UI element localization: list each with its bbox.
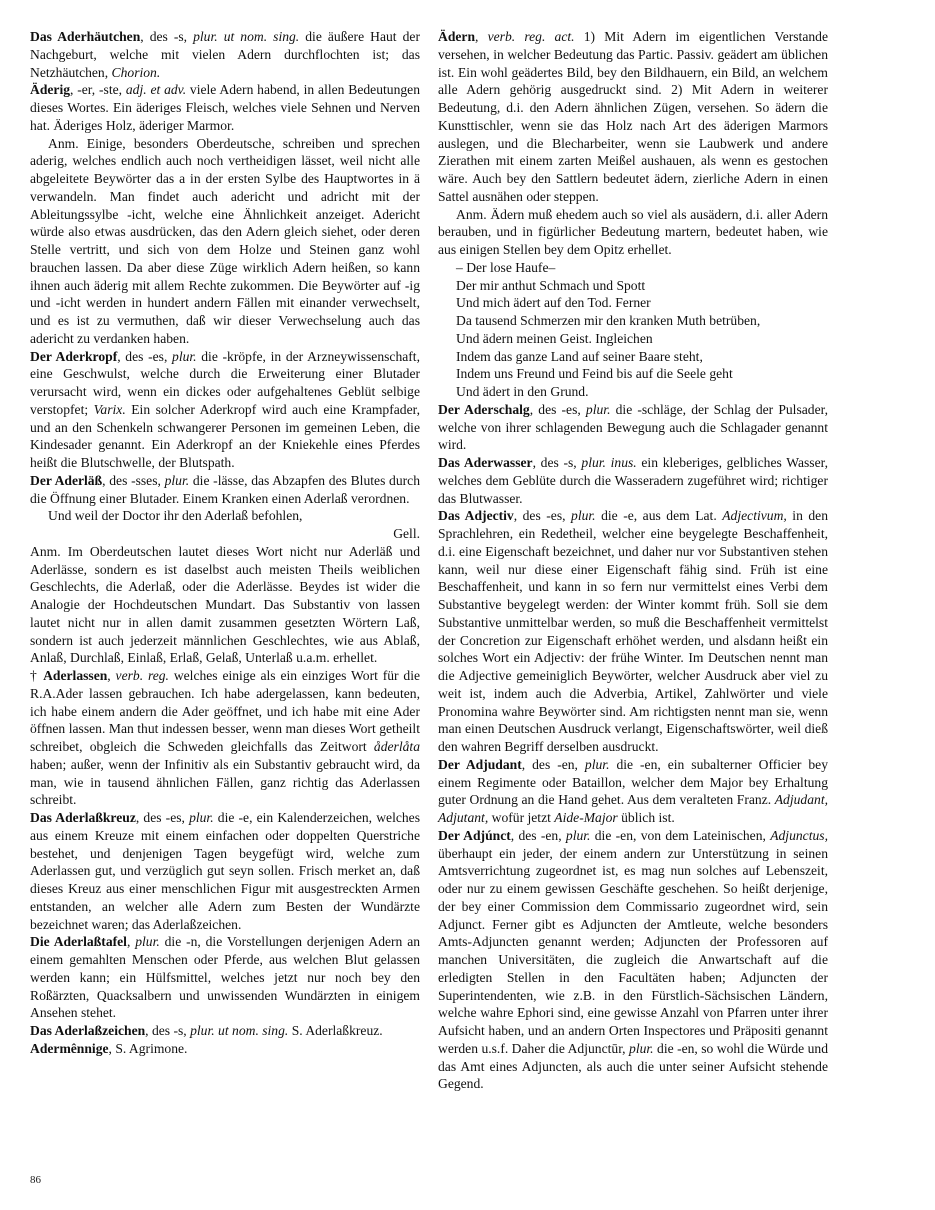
left-column: Das Aderhäutchen, des -s, plur. ut nom. … — [30, 28, 420, 1058]
grammar-label: adj. et adv. — [126, 82, 186, 97]
entry-text: , des -en, — [522, 757, 585, 772]
entry-text: , des -es, — [136, 810, 189, 825]
foreign-term: åderlåta — [374, 739, 420, 754]
right-column: Ädern, verb. reg. act. 1) Mit Adern im e… — [438, 28, 828, 1093]
grammar-label: plur. ut nom. sing. — [193, 29, 299, 44]
entry-text: S. Aderlaßkreuz. — [288, 1023, 382, 1038]
grammar-label: plur. — [189, 810, 214, 825]
verse-line: Da tausend Schmerzen mir den kranken Mut… — [438, 312, 828, 330]
entry-aderwasser: Das Aderwasser, des -s, plur. inus. ein … — [438, 454, 828, 507]
entry-text: , des -es, — [117, 349, 172, 364]
verse-quotation: – Der lose Haufe– Der mir anthut Schmach… — [438, 259, 828, 401]
entry-adjunct: Der Adjúnct, des -en, plur. die -en, von… — [438, 827, 828, 1093]
entry-text: , — [475, 29, 488, 44]
grammar-label: plur. — [629, 1041, 654, 1056]
headword: Der Aderschalg — [438, 402, 530, 417]
latin-term: Chorion. — [112, 65, 161, 80]
entry-text: , des -sses, — [102, 473, 164, 488]
headword: Der Adjúnct — [438, 828, 511, 843]
headword: Der Aderläß — [30, 473, 102, 488]
entry-text: , S. Agrimone. — [109, 1041, 188, 1056]
latin-term: Adjunctus, — [770, 828, 828, 843]
entry-adjudant: Der Adjudant, des -en, plur. die -en, ei… — [438, 756, 828, 827]
headword: Der Aderkropf — [30, 349, 117, 364]
entry-text: , des -s, — [140, 29, 193, 44]
headword: Äderig — [30, 82, 70, 97]
entry-adjectiv: Das Adjectiv, des -es, plur. die -e, aus… — [438, 507, 828, 756]
grammar-label: plur. — [135, 934, 160, 949]
dictionary-page: Das Aderhäutchen, des -s, plur. ut nom. … — [0, 0, 935, 1210]
entry-text: , des -s, — [145, 1023, 190, 1038]
note-aedern: Anm. Ädern muß ehedem auch so viel als a… — [438, 206, 828, 259]
grammar-label: verb. reg. act. — [488, 29, 575, 44]
entry-aderschlag: Der Aderschalg, des -es, plur. die -schl… — [438, 401, 828, 454]
grammar-label: plur. ut nom. sing. — [190, 1023, 288, 1038]
entry-aderlasskreuz: Das Aderlaßkreuz, des -es, plur. die -e,… — [30, 809, 420, 933]
grammar-label: plur. inus. — [581, 455, 636, 470]
headword: Aderlassen — [43, 668, 107, 683]
verse-line: Der mir anthut Schmach und Spott — [438, 277, 828, 295]
latin-term: Adjectivum, — [722, 508, 787, 523]
entry-text: haben; außer, wenn der Infinitiv als ein… — [30, 757, 420, 808]
entry-text: , des -s, — [533, 455, 582, 470]
note-aderlass: Anm. Im Oberdeutschen lautet dieses Wort… — [30, 543, 420, 667]
entry-text: , -er, -ste, — [70, 82, 126, 97]
entry-text: überhaupt ein jeder, der einem andern zu… — [438, 846, 828, 1056]
entry-text: wofür jetzt — [488, 810, 554, 825]
verse-line: Indem uns Freund und Feind bis auf die S… — [438, 365, 828, 383]
note-aederig: Anm. Einige, besonders Oberdeutsche, sch… — [30, 135, 420, 348]
grammar-label: plur. — [165, 473, 190, 488]
dagger-mark: † — [30, 668, 43, 683]
headword: Ädern — [438, 29, 475, 44]
entry-text: 1) Mit Adern im eigentlichen Verstande v… — [438, 29, 828, 204]
entry-text: , des -en, — [511, 828, 566, 843]
verse-line: – Der lose Haufe– — [438, 259, 828, 277]
headword: Das Aderhäutchen — [30, 29, 140, 44]
entry-aderkropf: Der Aderkropf, des -es, plur. die -kröpf… — [30, 348, 420, 472]
entry-text: in den Sprachlehren, ein Redetheil, welc… — [438, 508, 828, 754]
grammar-label: plur. — [586, 402, 611, 417]
quotation-source: Gell. — [30, 525, 420, 543]
entry-adermennige: Adermênnige, S. Agrimone. — [30, 1040, 420, 1058]
grammar-label: plur. — [585, 757, 610, 772]
latin-term: Varix. — [94, 402, 126, 417]
entry-aederig: Äderig, -er, -ste, adj. et adv. viele Ad… — [30, 81, 420, 134]
headword: Das Aderlaßkreuz — [30, 810, 136, 825]
quotation: Und weil der Doctor ihr den Aderlaß befo… — [30, 507, 420, 525]
entry-text: , des -es, — [530, 402, 586, 417]
entry-text: üblich ist. — [618, 810, 675, 825]
entry-text: die -e, ein Kalenderzeichen, welches aus… — [30, 810, 420, 932]
entry-aderhaeutchen: Das Aderhäutchen, des -s, plur. ut nom. … — [30, 28, 420, 81]
entry-text: , des -es, — [514, 508, 571, 523]
entry-aderlasstafel: Die Aderlaßtafel, plur. die -n, die Vors… — [30, 933, 420, 1022]
entry-aedern: Ädern, verb. reg. act. 1) Mit Adern im e… — [438, 28, 828, 206]
entry-aderlassen: † Aderlassen, verb. reg. welches einige … — [30, 667, 420, 809]
grammar-label: plur. — [566, 828, 591, 843]
entry-text: , — [107, 668, 115, 683]
entry-text: , — [127, 934, 135, 949]
headword: Das Adjectiv — [438, 508, 514, 523]
entry-text: die -e, aus dem Lat. — [596, 508, 723, 523]
grammar-label: plur. — [571, 508, 596, 523]
headword: Adermênnige — [30, 1041, 109, 1056]
entry-aderlasszeichen: Das Aderlaßzeichen, des -s, plur. ut nom… — [30, 1022, 420, 1040]
verse-line: Und ädern meinen Geist. Ingleichen — [438, 330, 828, 348]
headword: Das Aderlaßzeichen — [30, 1023, 145, 1038]
entry-aderlass: Der Aderläß, des -sses, plur. die -lässe… — [30, 472, 420, 508]
entry-text: die -en, von dem Lateinischen, — [590, 828, 770, 843]
verse-line: Und ädert in den Grund. — [438, 383, 828, 401]
grammar-label: verb. reg. — [116, 668, 169, 683]
headword: Das Aderwasser — [438, 455, 533, 470]
headword: Die Aderlaßtafel — [30, 934, 127, 949]
headword: Der Adjudant — [438, 757, 522, 772]
grammar-label: plur. — [172, 349, 197, 364]
foreign-term: Aide-Major — [554, 810, 617, 825]
verse-line: Und mich ädert auf den Tod. Ferner — [438, 294, 828, 312]
page-number: 86 — [30, 1172, 41, 1190]
verse-line: Indem das ganze Land auf seiner Baare st… — [438, 348, 828, 366]
